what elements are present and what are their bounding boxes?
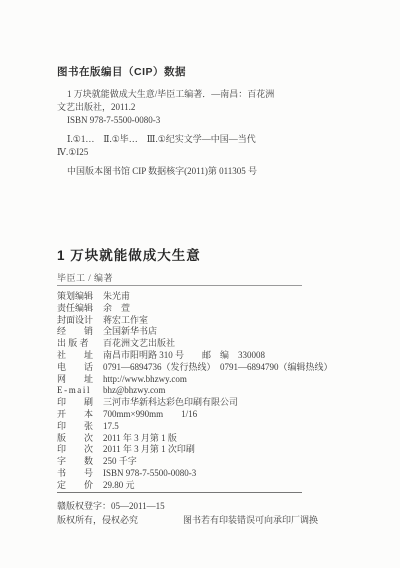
colophon-row: 电 话0791—6894736（发行热线） 0791—6894790（编辑热线） xyxy=(57,362,357,374)
colophon-row-label: 版 次 xyxy=(57,433,93,445)
cip-entry-line1: 1 万块就能做成大生意/毕臣工编著．—南昌：百花洲 xyxy=(57,88,313,101)
cip-record-line: 中国版本图书馆 CIP 数据核字(2011)第 011305 号 xyxy=(57,165,313,178)
cip-isbn-line: ISBN 978-7-5500-0080-3 xyxy=(57,114,313,127)
colophon-row-value: 700mm×990mm 1/16 xyxy=(103,409,197,419)
colophon-row: 责任编辑余 萱 xyxy=(57,303,357,315)
colophon-row: 网 址http://www.bhzwy.com xyxy=(57,374,357,386)
cip-entry-line2: 文艺出版社，2011.2 xyxy=(57,101,313,114)
cip-classification-line2: Ⅳ.①I25 xyxy=(57,146,313,159)
colophon-row-label: 印 张 xyxy=(57,421,93,433)
colophon-row-label: 出 版 者 xyxy=(57,338,93,350)
colophon-row-value: 余 萱 xyxy=(103,303,130,313)
colophon-row: 版 次2011 年 3 月第 1 版 xyxy=(57,433,357,445)
colophon-row-label: 定 价 xyxy=(57,480,93,492)
colophon-row-label: 开 本 xyxy=(57,409,93,421)
colophon-row-label: 策划编辑 xyxy=(57,291,93,303)
colophon-row-label: 网 址 xyxy=(57,374,93,386)
colophon-row: 策划编辑朱光甫 xyxy=(57,291,357,303)
colophon-row: 印 张17.5 xyxy=(57,421,357,433)
divider-rule-top xyxy=(57,285,302,286)
copyright-registration: 赣版权登字：05—2011—15 xyxy=(57,499,165,512)
colophon-row-value: 百花洲文艺出版社 xyxy=(103,338,175,348)
colophon-row-value: 0791—6894736（发行热线） 0791—6894790（编辑热线） xyxy=(103,362,333,372)
colophon-row-value: 全国新华书店 xyxy=(103,326,157,336)
colophon-row-value: 南昌市阳明路 310 号 邮 编 330008 xyxy=(103,350,265,360)
colophon-row: 封面设计蒋宏工作室 xyxy=(57,315,357,327)
cip-classification-line1: Ⅰ.①1… Ⅱ.①毕… Ⅲ.①纪实文学—中国—当代 xyxy=(57,133,313,146)
colophon-row: 定 价29.80 元 xyxy=(57,480,357,492)
colophon-row-label: E-mail xyxy=(57,385,93,397)
colophon-row-value: 29.80 元 xyxy=(103,480,135,490)
colophon-row-value: 17.5 xyxy=(103,421,119,431)
colophon-row-value: 2011 年 3 月第 1 版 xyxy=(103,433,177,443)
colophon-row-label: 印 次 xyxy=(57,444,93,456)
colophon-row: 出 版 者百花洲文艺出版社 xyxy=(57,338,357,350)
colophon-row-label: 社 址 xyxy=(57,350,93,362)
colophon-row: 字 数250 千字 xyxy=(57,456,357,468)
colophon-row-label: 封面设计 xyxy=(57,315,93,327)
cip-block: 图书在版编目（CIP）数据 1 万块就能做成大生意/毕臣工编著．—南昌：百花洲 … xyxy=(57,64,313,178)
colophon-row-label: 印 刷 xyxy=(57,397,93,409)
colophon-row: 社 址南昌市阳明路 310 号 邮 编 330008 xyxy=(57,350,357,362)
colophon-row-label: 责任编辑 xyxy=(57,303,93,315)
book-author: 毕臣工 / 编著 xyxy=(57,271,303,284)
book-title: 1 万块就能做成大生意 xyxy=(57,244,303,264)
colophon-row-value: 三河市华新科达彩色印刷有限公司 xyxy=(103,397,238,407)
colophon-row: 开 本700mm×990mm 1/16 xyxy=(57,409,357,421)
colophon-row-label: 电 话 xyxy=(57,362,93,374)
book-copyright-page: 图书在版编目（CIP）数据 1 万块就能做成大生意/毕臣工编著．—南昌：百花洲 … xyxy=(0,0,400,568)
colophon-row-value: 250 千字 xyxy=(103,456,137,466)
colophon-row-value: 2011 年 3 月第 1 次印刷 xyxy=(103,444,195,454)
divider-rule-bottom xyxy=(57,492,302,493)
colophon-row-value: http://www.bhzwy.com xyxy=(103,374,187,384)
colophon-row-value: 朱光甫 xyxy=(103,291,130,301)
title-block: 1 万块就能做成大生意 毕臣工 / 编著 xyxy=(57,244,303,284)
colophon-row-label: 经 销 xyxy=(57,326,93,338)
colophon-row-value: 蒋宏工作室 xyxy=(103,315,148,325)
colophon-row-value: bhz@bhzwy.com xyxy=(103,385,165,395)
cip-heading: 图书在版编目（CIP）数据 xyxy=(57,64,313,79)
colophon-rows: 策划编辑朱光甫 责任编辑余 萱 封面设计蒋宏工作室 经 销全国新华书店 出 版 … xyxy=(57,291,357,492)
colophon-row-label: 书 号 xyxy=(57,468,93,480)
copyright-notice: 版权所有，侵权必究 xyxy=(57,513,138,526)
exchange-note: 图书若有印装错误可向承印厂调换 xyxy=(183,513,318,526)
colophon-row: E-mailbhz@bhzwy.com xyxy=(57,385,357,397)
colophon-row-label: 字 数 xyxy=(57,456,93,468)
colophon-row: 书 号ISBN 978-7-5500-0080-3 xyxy=(57,468,357,480)
colophon-row: 经 销全国新华书店 xyxy=(57,326,357,338)
colophon-row-value: ISBN 978-7-5500-0080-3 xyxy=(103,468,196,478)
colophon-row: 印 次2011 年 3 月第 1 次印刷 xyxy=(57,444,357,456)
colophon-row: 印 刷三河市华新科达彩色印刷有限公司 xyxy=(57,397,357,409)
